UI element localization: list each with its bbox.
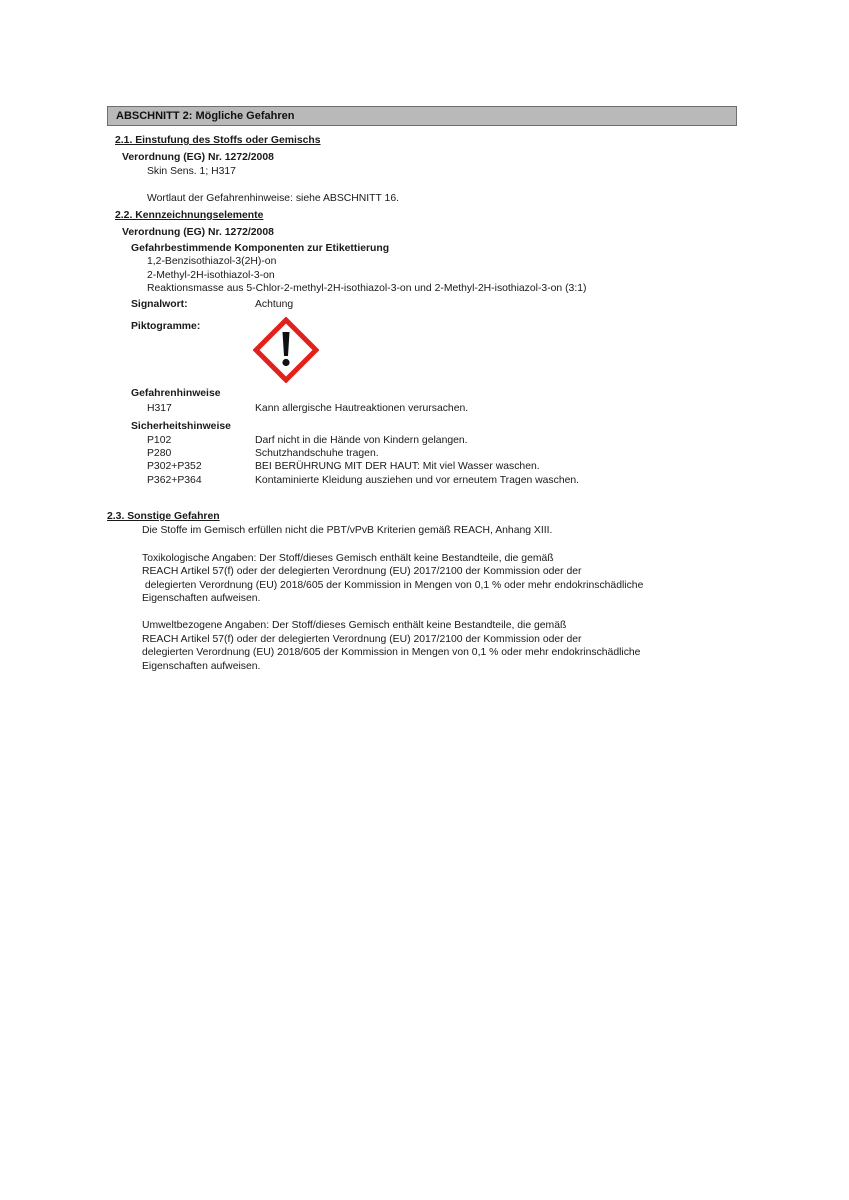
hazard-text: Kann allergische Hautreaktionen verursac… xyxy=(255,403,468,415)
tox-info-line: REACH Artikel 57(f) oder der delegierten… xyxy=(142,566,582,578)
component-item: 1,2-Benzisothiazol-3(2H)-on xyxy=(147,256,276,268)
tox-info-line: delegierten Verordnung (EU) 2018/605 der… xyxy=(142,580,643,592)
env-info-line: Eigenschaften aufweisen. xyxy=(142,661,260,673)
regulation-label-2-2: Verordnung (EG) Nr. 1272/2008 xyxy=(122,227,274,239)
precaution-code: P302+P352 xyxy=(147,461,202,473)
signal-word-value: Achtung xyxy=(255,299,293,311)
hazard-code: H317 xyxy=(147,403,172,415)
tox-info-line: Eigenschaften aufweisen. xyxy=(142,593,260,605)
section-title: ABSCHNITT 2: Mögliche Gefahren xyxy=(116,110,294,122)
precaution-text: Darf nicht in die Hände von Kindern gela… xyxy=(255,435,468,447)
ghs07-exclamation-mark-icon xyxy=(253,317,319,383)
pictograms-label: Piktogramme: xyxy=(131,321,200,333)
precautionary-statements-label: Sicherheitshinweise xyxy=(131,421,231,433)
tox-info-line: Toxikologische Angaben: Der Stoff/dieses… xyxy=(142,553,554,565)
heading-2-2: 2.2. Kennzeichnungselemente xyxy=(115,210,263,222)
precaution-code: P102 xyxy=(147,435,171,447)
env-info-line: REACH Artikel 57(f) oder der delegierten… xyxy=(142,634,582,646)
precaution-text: Kontaminierte Kleidung ausziehen und vor… xyxy=(255,475,579,487)
pbt-statement: Die Stoffe im Gemisch erfüllen nicht die… xyxy=(142,525,552,537)
precaution-code: P362+P364 xyxy=(147,475,202,487)
wording-note: Wortlaut der Gefahrenhinweise: siehe ABS… xyxy=(147,193,399,205)
section-header-bar: ABSCHNITT 2: Mögliche Gefahren xyxy=(107,106,737,126)
hazard-statements-label: Gefahrenhinweise xyxy=(131,388,221,400)
precaution-text: Schutzhandschuhe tragen. xyxy=(255,448,379,460)
regulation-label-2-1: Verordnung (EG) Nr. 1272/2008 xyxy=(122,152,274,164)
classification-text: Skin Sens. 1; H317 xyxy=(147,166,236,178)
signal-word-label: Signalwort: xyxy=(131,299,188,311)
component-item: 2-Methyl-2H-isothiazol-3-on xyxy=(147,270,275,282)
env-info-line: Umweltbezogene Angaben: Der Stoff/dieses… xyxy=(142,620,566,632)
components-label: Gefahrbestimmende Komponenten zur Etiket… xyxy=(131,243,389,255)
component-item: Reaktionsmasse aus 5-Chlor-2-methyl-2H-i… xyxy=(147,283,586,295)
heading-2-3: 2.3. Sonstige Gefahren xyxy=(107,511,220,523)
env-info-line: delegierten Verordnung (EU) 2018/605 der… xyxy=(142,647,640,659)
precaution-text: BEI BERÜHRUNG MIT DER HAUT: Mit viel Was… xyxy=(255,461,540,473)
heading-2-1: 2.1. Einstufung des Stoffs oder Gemischs xyxy=(115,135,321,147)
precaution-code: P280 xyxy=(147,448,171,460)
